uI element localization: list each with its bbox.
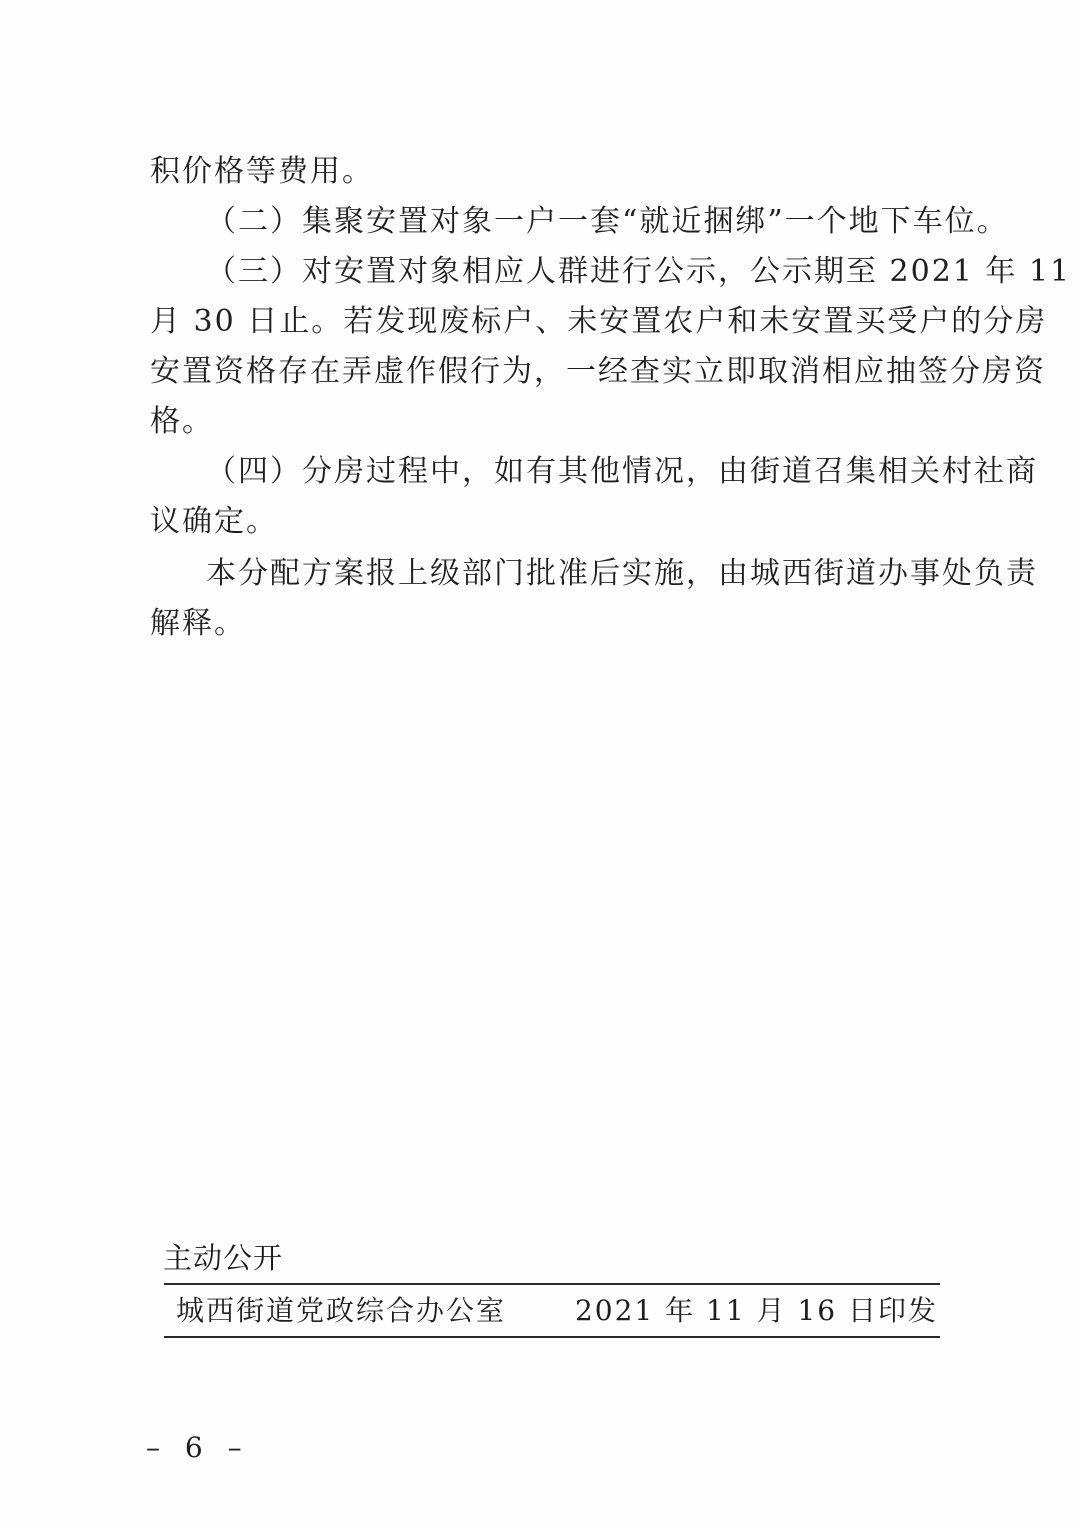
issuer-name: 城西街道党政综合办公室 bbox=[176, 1291, 506, 1331]
body-line-8: 议确定。 bbox=[150, 502, 950, 542]
footer-bottom-rule bbox=[164, 1336, 940, 1338]
disclosure-label: 主动公开 bbox=[163, 1240, 283, 1276]
body-line-item-4: （四）分房过程中，如有其他情况，由街道召集相关村社商 bbox=[206, 452, 946, 492]
page-number: – 6 – bbox=[146, 1430, 250, 1466]
body-line-10: 解释。 bbox=[150, 604, 950, 644]
footer-issuer-row: 城西街道党政综合办公室 2021 年 11 月 16 日印发 bbox=[176, 1291, 938, 1331]
body-line-5: 安置资格存在弄虚作假行为，一经查实立即取消相应抽签分房资 bbox=[150, 352, 946, 392]
body-line-item-2: （二）集聚安置对象一户一套“就近捆绑”一个地下车位。 bbox=[206, 202, 946, 242]
footer-top-rule bbox=[164, 1283, 940, 1285]
issue-date: 2021 年 11 月 16 日印发 bbox=[575, 1291, 938, 1331]
body-line-6: 格。 bbox=[150, 402, 950, 442]
body-line-4: 月 30 日止。若发现废标户、未安置农户和未安置买受户的分房 bbox=[150, 302, 946, 342]
document-page: 积价格等费用。 （二）集聚安置对象一户一套“就近捆绑”一个地下车位。 （三）对安… bbox=[0, 0, 1080, 1527]
body-line-closing: 本分配方案报上级部门批准后实施，由城西街道办事处负责 bbox=[206, 554, 946, 594]
body-line-item-3: （三）对安置对象相应人群进行公示，公示期至 2021 年 11 bbox=[206, 252, 946, 292]
body-line-1: 积价格等费用。 bbox=[150, 152, 950, 192]
